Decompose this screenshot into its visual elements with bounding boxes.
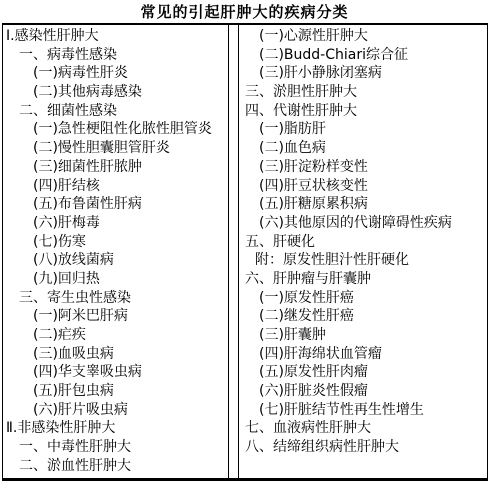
list-item: 一、病毒性感染 [3,46,228,65]
list-item: 附：原发性胆汁性肝硬化 [239,251,487,270]
list-item: (二)疟疾 [3,326,228,345]
list-item: 三、寄生虫性感染 [3,289,228,308]
list-item: (六)肝片吸虫病 [3,401,228,420]
list-item: (七)肝脏结节性再生性增生 [239,401,487,420]
list-item: (三)细菌性肝脓肿 [3,158,228,177]
list-item: (五)原发性肝肉瘤 [239,363,487,382]
list-item: 五、肝硬化 [239,233,487,252]
list-item: Ⅰ.感染性肝肿大 [3,27,228,46]
table-column-left: Ⅰ.感染性肝肿大一、病毒性感染(一)病毒性肝炎(二)其他病毒感染二、细菌性感染(… [3,25,229,478]
list-item: (二)继发性肝癌 [239,307,487,326]
list-item: 八、结缔组织病性肝肿大 [239,438,487,457]
list-item: (五)肝包虫病 [3,382,228,401]
list-item: (二)Budd-Chiari综合征 [239,46,487,65]
list-item: (二)其他病毒感染 [3,83,228,102]
list-item: (一)阿米巴肝病 [3,307,228,326]
list-item: (六)肝脏炎性假瘤 [239,382,487,401]
list-item: (六)肝梅毒 [3,214,228,233]
list-item: (二)慢性胆囊胆管肝炎 [3,139,228,158]
list-item: 三、淤胆性肝肿大 [239,83,487,102]
list-item: (三)肝淀粉样变性 [239,158,487,177]
list-item: 一、中毒性肝肿大 [3,438,228,457]
page-title: 常见的引起肝肿大的疾病分类 [0,0,489,23]
list-item: (八)放线菌病 [3,251,228,270]
list-item: 七、血液病性肝肿大 [239,419,487,438]
list-item: (九)回归热 [3,270,228,289]
list-item: (七)伤寒 [3,233,228,252]
list-item: (三)肝小静脉闭塞病 [239,64,487,83]
classification-table: Ⅰ.感染性肝肿大一、病毒性感染(一)病毒性肝炎(二)其他病毒感染二、细菌性感染(… [2,23,488,481]
list-item: (一)急性梗阻性化脓性胆管炎 [3,120,228,139]
list-item: (六)其他原因的代谢障碍性疾病 [239,214,487,233]
list-item: (一)脂肪肝 [239,120,487,139]
list-item: 六、肝肿瘤与肝囊肿 [239,270,487,289]
list-item: (一)心源性肝肿大 [239,27,487,46]
list-item: (五)布鲁菌性肝病 [3,195,228,214]
list-item: (二)血色病 [239,139,487,158]
list-item: (四)肝海绵状血管瘤 [239,345,487,364]
list-item: (三)血吸虫病 [3,345,228,364]
list-item: Ⅱ.非感染性肝肿大 [3,419,228,438]
table-column-right: (一)心源性肝肿大(二)Budd-Chiari综合征(三)肝小静脉闭塞病三、淤胆… [238,25,487,478]
document-page: 常见的引起肝肿大的疾病分类 Ⅰ.感染性肝肿大一、病毒性感染(一)病毒性肝炎(二)… [0,0,489,481]
list-item: (四)华支睾吸虫病 [3,363,228,382]
list-item: (三)肝囊肿 [239,326,487,345]
list-item: 四、代谢性肝肿大 [239,102,487,121]
list-item: (五)肝糖原累积病 [239,195,487,214]
list-item: (一)病毒性肝炎 [3,64,228,83]
list-item: 二、细菌性感染 [3,102,228,121]
list-item: (四)肝豆状核变性 [239,177,487,196]
column-divider-gap [229,25,238,478]
list-item: (四)肝结核 [3,177,228,196]
list-item: 二、淤血性肝肿大 [3,457,228,476]
list-item: (一)原发性肝癌 [239,289,487,308]
